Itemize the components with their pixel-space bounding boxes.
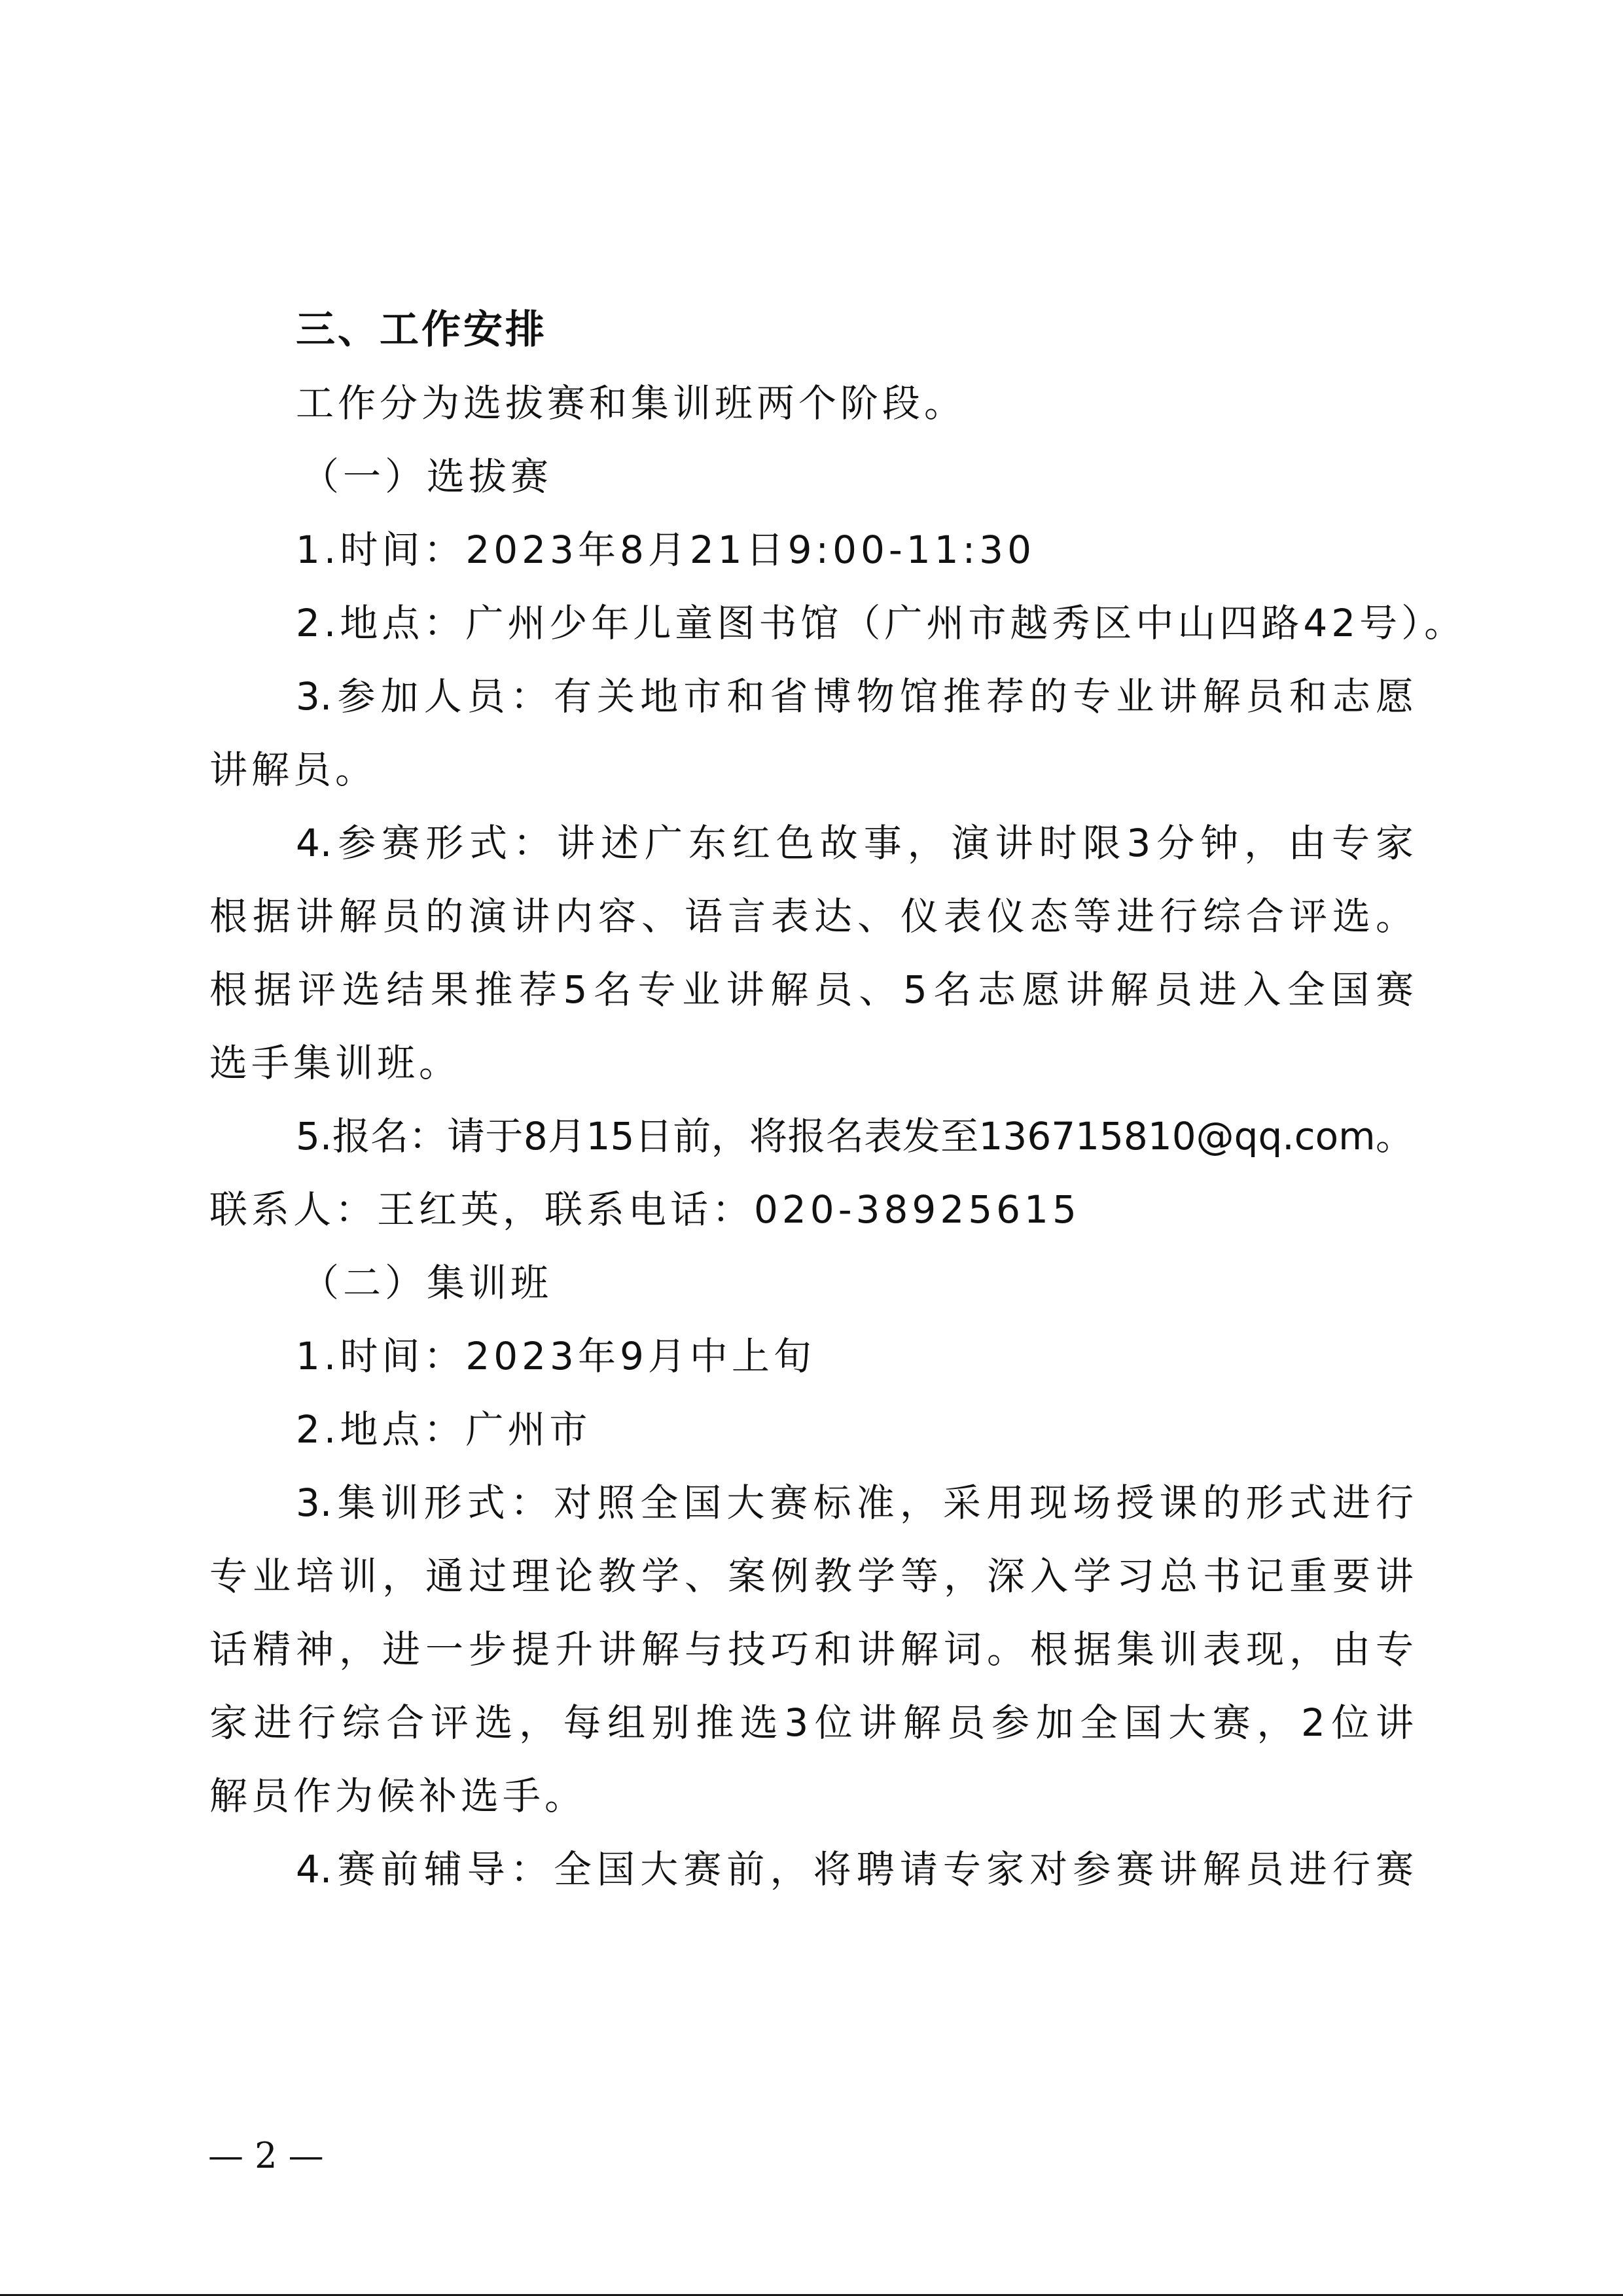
part1-location: 2.地点：广州少年儿童图书馆（广州市越秀区中山四路42号）。 [209,586,1414,660]
part2-format-line5: 解员作为候补选手。 [209,1759,1414,1833]
part2-format-line4: 家进行综合评选，每组别推选3位讲解员参加全国大赛，2位讲 [209,1686,1414,1759]
document-page: 三、工作安排 工作分为选拔赛和集训班两个阶段。 （一）选拔赛 1.时间：2023… [0,0,1623,2296]
part1-format-line2: 根据讲解员的演讲内容、语言表达、仪表仪态等进行综合评选。 [209,880,1414,953]
part1-title: （一）选拔赛 [209,440,1414,513]
part2-coaching-line1: 4.赛前辅导：全国大赛前，将聘请专家对参赛讲解员进行赛 [209,1833,1414,1906]
intro-paragraph: 工作分为选拔赛和集训班两个阶段。 [209,367,1414,440]
document-body: 三、工作安排 工作分为选拔赛和集训班两个阶段。 （一）选拔赛 1.时间：2023… [209,293,1414,1906]
part1-format-line3: 根据评选结果推荐5名专业讲解员、5名志愿讲解员进入全国赛 [209,953,1414,1026]
part1-time: 1.时间：2023年8月21日9:00-11:30 [209,513,1414,586]
part2-format-line2: 专业培训，通过理论教学、案例教学等，深入学习总书记重要讲 [209,1539,1414,1613]
part2-format-line1: 3.集训形式：对照全国大赛标准，采用现场授课的形式进行 [209,1466,1414,1539]
section-heading: 三、工作安排 [209,293,1414,367]
part1-registration-line1: 5.报名：请于8月15日前，将报名表发至136715810@qq.com。 [209,1100,1414,1173]
part2-title: （二）集训班 [209,1246,1414,1319]
part1-participants-line1: 3.参加人员：有关地市和省博物馆推荐的专业讲解员和志愿 [209,660,1414,733]
page-number: — 2 — [208,2135,324,2176]
part2-format-line3: 话精神，进一步提升讲解与技巧和讲解词。根据集训表现，由专 [209,1613,1414,1686]
part1-format-line1: 4.参赛形式：讲述广东红色故事，演讲时限3分钟，由专家 [209,806,1414,880]
part1-participants-line2: 讲解员。 [209,733,1414,806]
part2-time: 1.时间：2023年9月中上旬 [209,1319,1414,1393]
part2-location: 2.地点：广州市 [209,1393,1414,1466]
part1-format-line4: 选手集训班。 [209,1026,1414,1100]
part1-registration-contact: 联系人：王红英，联系电话：020-38925615 [209,1173,1414,1246]
